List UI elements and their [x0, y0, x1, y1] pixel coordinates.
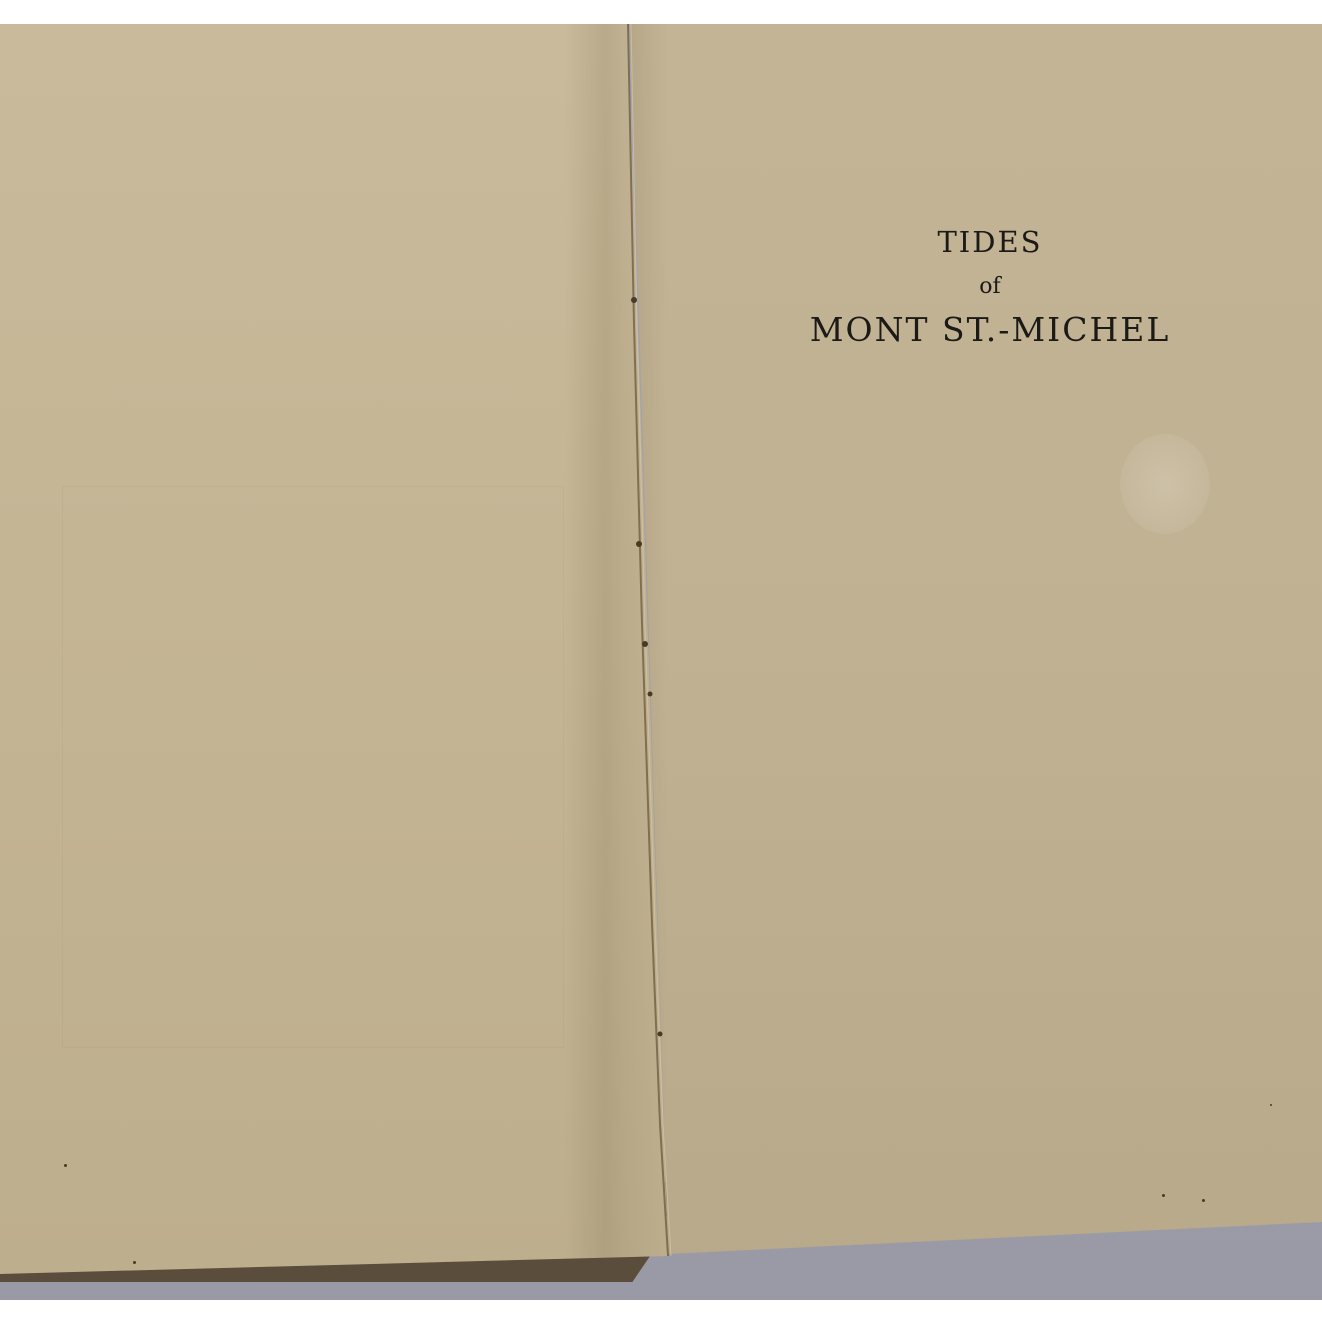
- paper-stain-spot: [1120, 434, 1210, 534]
- left-page-blank: [0, 24, 672, 1274]
- paper-speck: [64, 1164, 67, 1167]
- right-title-page: [626, 24, 1322, 1274]
- paper-speck: [133, 1261, 136, 1264]
- paper-speck: [1202, 1199, 1205, 1202]
- faint-plate-outline: [62, 486, 564, 1048]
- paper-speck: [1162, 1194, 1165, 1197]
- book-title: TIDES of MONT ST.-MICHEL: [760, 224, 1220, 350]
- title-line-of: of: [760, 272, 1220, 302]
- book-photo: TIDES of MONT ST.-MICHEL: [0, 24, 1322, 1300]
- paper-speck: [1270, 1104, 1272, 1106]
- title-line-mont-st-michel: MONT ST.-MICHEL: [760, 310, 1220, 350]
- title-line-tides: TIDES: [760, 224, 1220, 260]
